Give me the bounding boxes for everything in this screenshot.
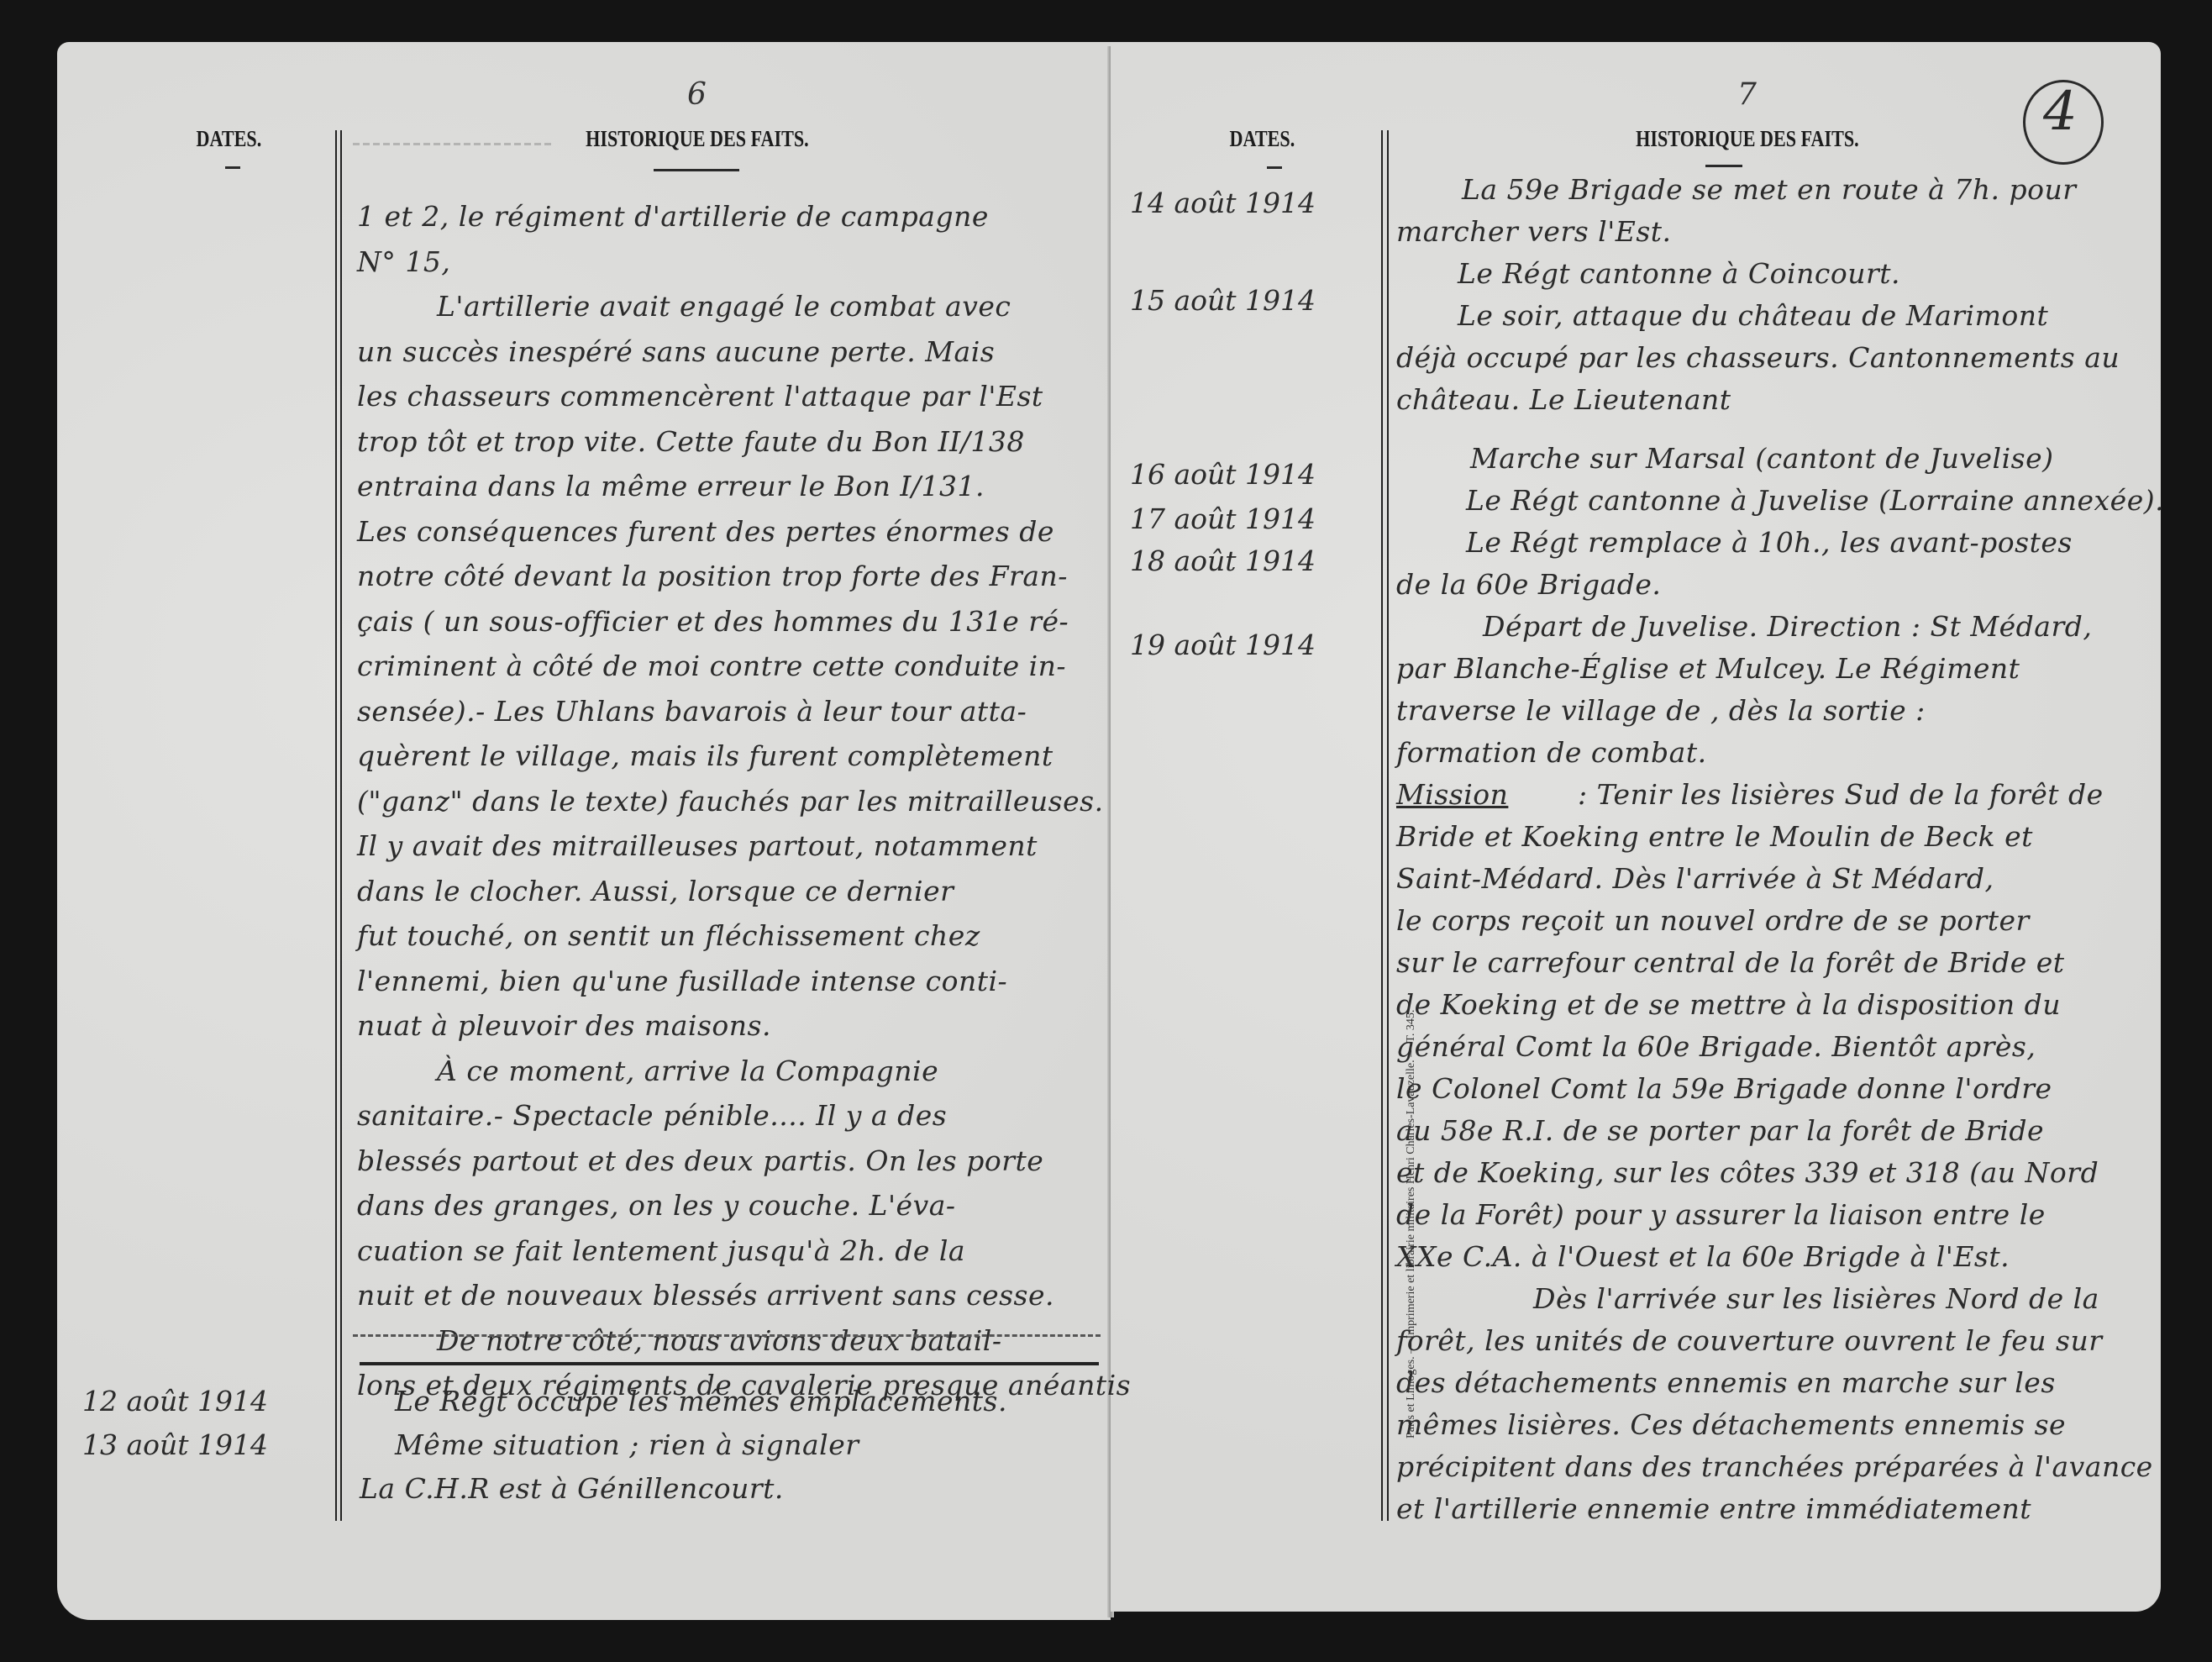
- narrative-line: blessés partout et des deux partis. On l…: [357, 1144, 1043, 1177]
- narrative-line: trop tôt et trop vite. Cette faute du Bo…: [357, 425, 1025, 458]
- narrative-line: par Blanche-Église et Mulcey. Le Régimen…: [1396, 652, 2020, 685]
- header-dates-left: DATES.: [197, 126, 262, 152]
- narrative-line: nuat à pleuvoir des maisons.: [357, 1009, 771, 1042]
- narrative-line: Le Régt remplace à 10h., les avant-poste…: [1466, 526, 2073, 559]
- entry-date: 16 août 1914: [1130, 458, 1316, 491]
- narrative-line: le corps reçoit un nouvel ordre de se po…: [1396, 904, 2030, 937]
- header-historique-right: HISTORIQUE DES FAITS.: [1636, 126, 1859, 152]
- narrative-line: sanitaire.- Spectacle pénible.... Il y a…: [357, 1099, 947, 1132]
- entry-date: 12 août 1914: [82, 1385, 268, 1417]
- narrative-line: Dès l'arrivée sur les lisières Nord de l…: [1533, 1282, 2099, 1315]
- narrative-line: Il y avait des mitrailleuses partout, no…: [357, 829, 1038, 862]
- page-number-right: 7: [1737, 77, 1757, 112]
- entry-date: 13 août 1914: [82, 1428, 268, 1461]
- entry-separator: [360, 1362, 1099, 1365]
- entry-text: Même situation ; rien à signaler: [395, 1428, 859, 1461]
- narrative-line: notre côté devant la position trop forte…: [357, 560, 1068, 592]
- page-number-left: 6: [687, 77, 707, 112]
- narrative-line: et l'artillerie ennemie entre immédiatem…: [1396, 1492, 2031, 1525]
- narrative-line: XXe C.A. à l'Ouest et la 60e Brigde à l'…: [1396, 1240, 2010, 1273]
- entry-date: 15 août 1914: [1130, 284, 1316, 317]
- entry-date: 14 août 1914: [1130, 187, 1316, 219]
- entry-date: 17 août 1914: [1130, 502, 1316, 535]
- narrative-line: Saint-Médard. Dès l'arrivée à St Médard,: [1396, 862, 1994, 895]
- narrative-line: sensée).- Les Uhlans bavarois à leur tou…: [357, 695, 1027, 728]
- narrative-line: dans des granges, on les y couche. L'éva…: [357, 1189, 956, 1222]
- narrative-line: de la Forêt) pour y assurer la liaison e…: [1396, 1198, 2046, 1231]
- narrative-line: cuation se fait lentement jusqu'à 2h. de…: [357, 1234, 965, 1267]
- narrative-line: Le Régt cantonne à Coincourt.: [1458, 257, 1900, 290]
- narrative-line: forêt, les unités de couverture ouvrent …: [1396, 1324, 2103, 1357]
- narrative-line: Les conséquences furent des pertes énorm…: [357, 515, 1054, 548]
- narrative-line: ("ganz" dans le texte) fauchés par les m…: [357, 785, 1104, 818]
- narrative-line: : Tenir les lisières Sud de la forêt de: [1578, 778, 2104, 811]
- narrative-line: déjà occupé par les chasseurs. Cantonnem…: [1396, 341, 2120, 374]
- narrative-line: dans le clocher. Aussi, lorsque ce derni…: [357, 875, 954, 907]
- left-column-rule-inner: [340, 130, 342, 1521]
- narrative-line: La 59e Brigade se met en route à 7h. pou…: [1462, 173, 2077, 206]
- narrative-line: Marche sur Marsal (cantont de Juvelise): [1470, 442, 2054, 475]
- header-dash-left-dates: [225, 166, 240, 169]
- narrative-line: entraina dans la même erreur le Bon I/13…: [357, 470, 985, 502]
- header-dates-right: DATES.: [1230, 126, 1295, 152]
- narrative-line: l'ennemi, bien qu'une fusillade intense …: [357, 965, 1007, 997]
- narrative-line: N° 15,: [357, 245, 450, 278]
- header-historique-left: HISTORIQUE DES FAITS.: [586, 126, 809, 152]
- header-dash-right-dates: [1267, 166, 1282, 169]
- narrative-line: traverse le village de , dès la sortie :: [1396, 694, 1926, 727]
- narrative-line: général Comt la 60e Brigade. Bientôt apr…: [1396, 1030, 2036, 1063]
- narrative-line: 1 et 2, le régiment d'artillerie de camp…: [357, 200, 989, 233]
- narrative-line: Le soir, attaque du château de Marimont: [1458, 299, 2048, 332]
- narrative-line: des détachements ennemis en marche sur l…: [1396, 1366, 2056, 1399]
- narrative-line: Le Régt cantonne à Juvelise (Lorraine an…: [1466, 484, 2164, 517]
- narrative-line: À ce moment, arrive la Compagnie: [437, 1055, 938, 1087]
- narrative-line: nuit et de nouveaux blessés arrivent san…: [357, 1279, 1054, 1312]
- narrative-line: de la 60e Brigade.: [1396, 568, 1661, 601]
- entry-text: Le Régt occupe les mêmes emplacements.: [395, 1385, 1007, 1417]
- entry-text: La C.H.R est à Génillencourt.: [360, 1472, 784, 1505]
- narrative-line: château. Le Lieutenant: [1396, 383, 1731, 416]
- left-column-rule: [335, 130, 337, 1521]
- faded-print: [353, 143, 554, 145]
- mission-label: Mission: [1396, 778, 1508, 811]
- narrative-line: formation de combat.: [1396, 736, 1707, 769]
- right-column-rule: [1381, 130, 1383, 1521]
- printer-imprint: Paris et Limoges. — Imprimerie et librai…: [1405, 1010, 1418, 1438]
- header-dash-right-historique: [1705, 165, 1742, 167]
- entry-date: 18 août 1914: [1130, 544, 1316, 577]
- narrative-line: et de Koeking, sur les côtes 339 et 318 …: [1396, 1156, 2099, 1189]
- narrative-line: de Koeking et de se mettre à la disposit…: [1396, 988, 2061, 1021]
- narrative-line: sur le carrefour central de la forêt de …: [1396, 946, 2065, 979]
- narrative-line: L'artillerie avait engagé le combat avec: [437, 290, 1011, 323]
- narrative-line: au 58e R.I. de se porter par la forêt de…: [1396, 1114, 2044, 1147]
- dashed-separator: [353, 1334, 1101, 1337]
- folio-number: 4: [2043, 81, 2078, 143]
- narrative-line: quèrent le village, mais ils furent comp…: [357, 739, 1053, 772]
- narrative-line: précipitent dans des tranchées préparées…: [1396, 1450, 2153, 1483]
- narrative-line: Bride et Koeking entre le Moulin de Beck…: [1396, 820, 2033, 853]
- narrative-line: De notre côté, nous avions deux batail-: [437, 1324, 1002, 1357]
- narrative-line: criminent à côté de moi contre cette con…: [357, 650, 1066, 682]
- right-column-rule-inner: [1387, 130, 1389, 1521]
- header-dash-left-historique: [654, 169, 739, 171]
- narrative-line: çais ( un sous-officier et des hommes du…: [357, 605, 1069, 638]
- narrative-line: le Colonel Comt la 59e Brigade donne l'o…: [1396, 1072, 2052, 1105]
- entry-date: 19 août 1914: [1130, 629, 1316, 661]
- narrative-line: mêmes lisières. Ces détachements ennemis…: [1396, 1408, 2066, 1441]
- narrative-line: les chasseurs commencèrent l'attaque par…: [357, 380, 1043, 413]
- narrative-line: fut touché, on sentit un fléchissement c…: [357, 919, 980, 952]
- narrative-line: Départ de Juvelise. Direction : St Médar…: [1483, 610, 2092, 643]
- narrative-line: un succès inespéré sans aucune perte. Ma…: [357, 335, 995, 368]
- narrative-line: marcher vers l'Est.: [1396, 215, 1672, 248]
